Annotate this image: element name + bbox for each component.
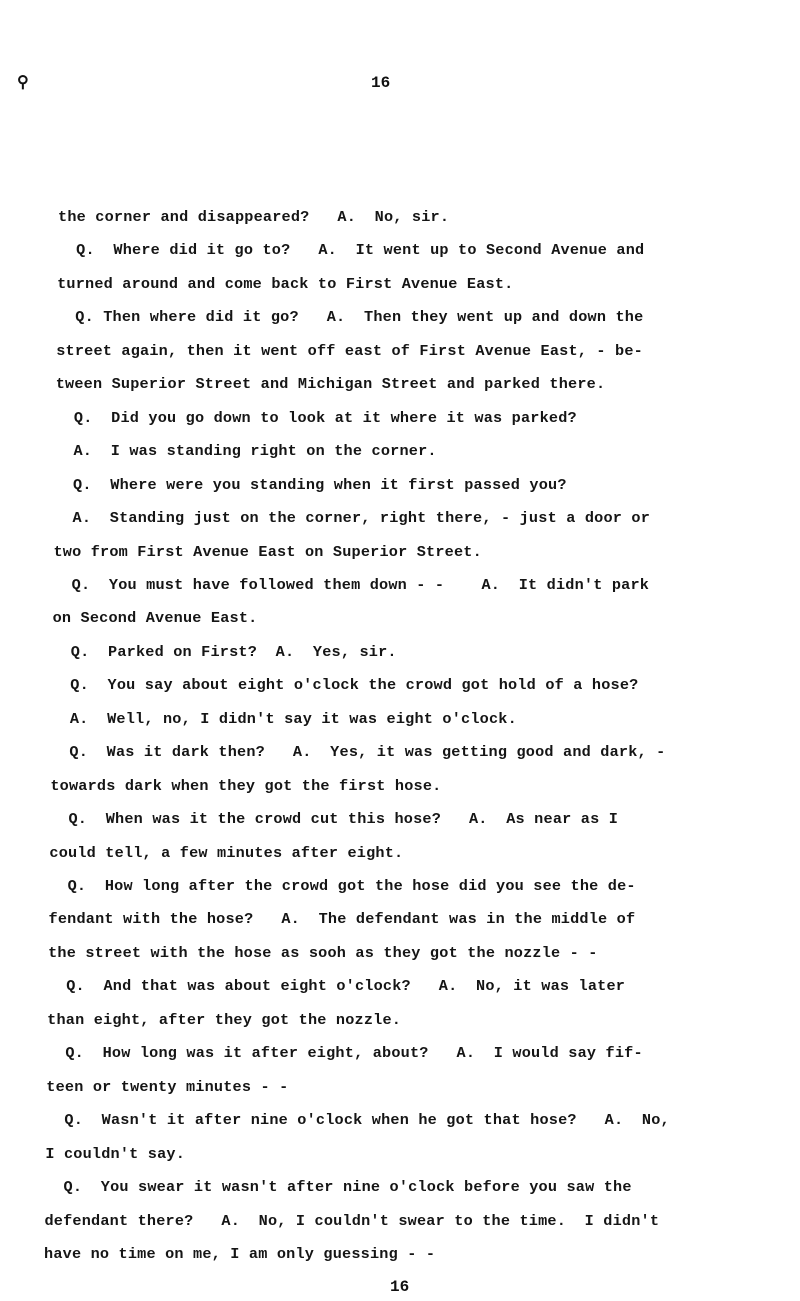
- transcript-line: Q. Did you go down to look at it where i…: [55, 409, 577, 427]
- transcript-line: Q. Wasn't it after nine o'clock when he …: [46, 1111, 670, 1129]
- transcript-line: I couldn't say.: [45, 1145, 185, 1163]
- transcript-line: Q. Parked on First? A. Yes, sir.: [52, 643, 397, 661]
- transcript-line: could tell, a few minutes after eight.: [49, 844, 403, 862]
- transcript-line: the street with the hose as sooh as they…: [48, 944, 598, 962]
- transcript-line: Q. How long after the crowd got the hose…: [49, 877, 636, 895]
- transcript-line: Q. Where did it go to? A. It went up to …: [58, 241, 645, 259]
- transcript-line: Q. How long was it after eight, about? A…: [47, 1044, 643, 1062]
- transcript-line: fendant with the hose? A. The defendant …: [49, 910, 636, 928]
- transcript-line: on Second Avenue East.: [53, 609, 258, 627]
- transcript-line: Q. Where were you standing when it first…: [54, 476, 566, 494]
- transcript-line: A. Well, no, I didn't say it was eight o…: [51, 710, 517, 728]
- transcript-line: defendant there? A. No, I couldn't swear…: [44, 1212, 659, 1230]
- transcript-line: the corner and disappeared? A. No, sir.: [58, 208, 449, 226]
- transcript-line: towards dark when they got the first hos…: [50, 777, 441, 795]
- transcript-page: ⚲ 16 the corner and disappeared? A. No, …: [0, 0, 800, 1301]
- page-number-bottom: 16: [390, 1278, 409, 1296]
- transcript-line: Q. You must have followed them down - - …: [53, 576, 649, 594]
- page-number-top: 16: [371, 74, 390, 92]
- transcript-line: A. I was standing right on the corner.: [55, 442, 437, 460]
- transcript-line: tween Superior Street and Michigan Stree…: [56, 375, 606, 393]
- transcript-line: street again, then it went off east of F…: [56, 342, 643, 360]
- transcript-line: have no time on me, I am only guessing -…: [44, 1245, 435, 1263]
- margin-mark-icon: ⚲: [17, 72, 29, 91]
- transcript-line: turned around and come back to First Ave…: [57, 275, 513, 293]
- transcript-line: Q. Was it dark then? A. Yes, it was gett…: [51, 743, 666, 761]
- transcript-line: than eight, after they got the nozzle.: [47, 1011, 401, 1029]
- transcript-line: A. Standing just on the corner, right th…: [54, 509, 650, 527]
- transcript-line: Q. Then where did it go? A. Then they we…: [57, 308, 644, 326]
- transcript-line: Q. When was it the crowd cut this hose? …: [50, 810, 618, 828]
- transcript-line: teen or twenty minutes - -: [46, 1078, 288, 1096]
- transcript-line: Q. And that was about eight o'clock? A. …: [48, 977, 625, 995]
- transcript-line: Q. You say about eight o'clock the crowd…: [52, 676, 639, 694]
- transcript-line: Q. You swear it wasn't after nine o'cloc…: [45, 1178, 632, 1196]
- transcript-line: two from First Avenue East on Superior S…: [53, 543, 481, 561]
